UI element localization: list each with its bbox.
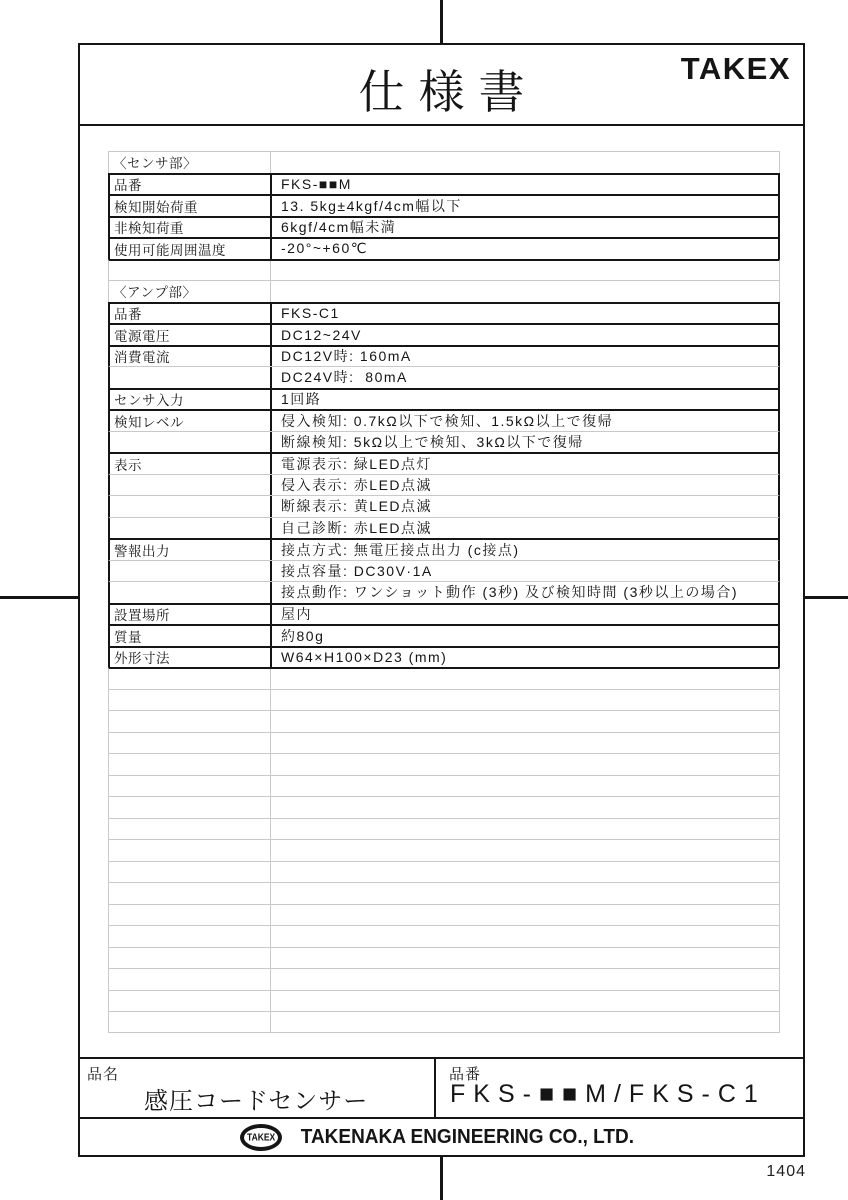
document-frame: 仕様書 TAKEX 〈センサ部〉品番FKS-■■M検知開始荷重13. 5kg±4… — [78, 43, 805, 1157]
empty-row — [108, 990, 780, 1012]
spec-label-cell: 警報出力 — [110, 540, 272, 560]
empty-row — [108, 1011, 780, 1033]
company-name: TAKENAKA ENGINEERING CO., LTD. — [301, 1126, 634, 1149]
document-header: 仕様書 TAKEX — [80, 45, 803, 126]
spec-value-cell: 自己診断: 赤LED点滅 — [272, 518, 778, 539]
spec-row: 検知開始荷重13. 5kg±4kgf/4cm幅以下 — [108, 194, 780, 216]
empty-row — [108, 667, 780, 689]
spec-row: 断線検知: 5kΩ以上で検知、3kΩ以下で復帰 — [108, 431, 780, 453]
spec-value-cell — [271, 669, 779, 689]
spec-label-cell: 〈アンプ部〉 — [109, 281, 271, 302]
spec-row: センサ入力1回路 — [108, 388, 780, 410]
spec-label-cell — [109, 926, 271, 947]
spec-label-cell — [109, 969, 271, 990]
spec-value-cell — [271, 862, 779, 883]
empty-row — [108, 947, 780, 969]
spec-value-cell: DC24V時: 80mA — [272, 367, 778, 388]
crop-mark-bottom — [440, 1156, 443, 1200]
spec-label-cell: 質量 — [110, 626, 272, 646]
spec-row: 自己診断: 赤LED点滅 — [108, 517, 780, 539]
spec-label-cell: 品番 — [110, 304, 272, 324]
empty-row — [108, 904, 780, 926]
spec-label-cell: 検知開始荷重 — [110, 196, 272, 216]
spec-label-cell — [110, 582, 272, 603]
spec-value-cell: DC12~24V — [272, 325, 778, 345]
spec-value-cell — [271, 261, 779, 281]
spec-label-cell: 消費電流 — [110, 347, 272, 367]
spec-label-cell: 設置場所 — [110, 605, 272, 625]
takex-circle-logo-icon: TAKEX — [240, 1124, 282, 1151]
spec-label-cell: 電源電圧 — [110, 325, 272, 345]
spec-table: 〈センサ部〉品番FKS-■■M検知開始荷重13. 5kg±4kgf/4cm幅以下… — [108, 151, 780, 1033]
spec-row: 外形寸法W64×H100×D23 (mm) — [108, 646, 780, 668]
spec-row: 使用可能周囲温度-20°~+60℃ — [108, 237, 780, 259]
spec-value-cell — [271, 969, 779, 990]
empty-row — [108, 882, 780, 904]
spec-row: DC24V時: 80mA — [108, 366, 780, 388]
spec-value-cell: 断線検知: 5kΩ以上で検知、3kΩ以下で復帰 — [272, 432, 778, 453]
part-number-value: FKS-■■M/FKS-C1 — [450, 1080, 766, 1109]
spec-label-cell — [109, 840, 271, 861]
spec-value-cell — [271, 152, 779, 173]
spec-row: 侵入表示: 赤LED点滅 — [108, 474, 780, 496]
empty-row — [108, 839, 780, 861]
spec-label-cell: 品番 — [110, 175, 272, 195]
spec-label-cell: 外形寸法 — [110, 648, 272, 668]
spec-value-cell: 接点動作: ワンショット動作 (3秒) 及び検知時間 (3秒以上の場合) — [272, 582, 778, 603]
spec-label-cell — [109, 690, 271, 711]
spec-value-cell: 侵入表示: 赤LED点滅 — [272, 475, 778, 496]
spec-label-cell: 〈センサ部〉 — [109, 152, 271, 173]
spec-row: 質量約80g — [108, 624, 780, 646]
spec-label-cell: 非検知荷重 — [110, 218, 272, 238]
spec-label-cell — [109, 819, 271, 840]
spec-row: 消費電流DC12V時: 160mA — [108, 345, 780, 367]
spec-value-cell: 接点方式: 無電圧接点出力 (c接点) — [272, 540, 778, 560]
spec-value-cell — [271, 797, 779, 818]
spec-row: 品番FKS-C1 — [108, 302, 780, 324]
spec-value-cell — [271, 819, 779, 840]
spec-value-cell: 接点容量: DC30V·1A — [272, 561, 778, 582]
crop-mark-left — [0, 596, 80, 599]
spec-value-cell: DC12V時: 160mA — [272, 347, 778, 367]
spec-label-cell: 使用可能周囲温度 — [110, 239, 272, 259]
spec-label-cell — [110, 496, 272, 517]
spec-label-cell — [109, 883, 271, 904]
title-block-top-row: 品名 感圧コードセンサー 品番 FKS-■■M/FKS-C1 — [80, 1059, 803, 1119]
spec-row: 検知レベル侵入検知: 0.7kΩ以下で検知、1.5kΩ以上で復帰 — [108, 409, 780, 431]
spec-value-cell: 屋内 — [272, 605, 778, 625]
spec-value-cell: 電源表示: 緑LED点灯 — [272, 454, 778, 474]
empty-row — [108, 818, 780, 840]
spec-label-cell — [110, 432, 272, 453]
spec-label-cell — [109, 733, 271, 754]
product-name-label: 品名 — [87, 1063, 119, 1084]
spec-label-cell — [109, 711, 271, 732]
spec-row: 警報出力接点方式: 無電圧接点出力 (c接点) — [108, 538, 780, 560]
product-name-cell: 品名 感圧コードセンサー — [80, 1059, 436, 1117]
spec-label-cell — [109, 754, 271, 775]
empty-row — [108, 732, 780, 754]
spec-value-cell — [271, 840, 779, 861]
empty-row — [108, 796, 780, 818]
empty-row — [108, 861, 780, 883]
spec-value-cell — [271, 926, 779, 947]
takex-logo: TAKEX — [681, 51, 791, 87]
spec-label-cell — [110, 561, 272, 582]
spec-label-cell — [109, 261, 271, 281]
spec-value-cell — [271, 991, 779, 1012]
crop-mark-right — [803, 596, 848, 599]
spec-label-cell — [109, 991, 271, 1012]
spec-value-cell: FKS-■■M — [272, 175, 778, 195]
section-row: 〈センサ部〉 — [108, 151, 780, 173]
part-number-cell: 品番 FKS-■■M/FKS-C1 — [436, 1059, 803, 1117]
spec-value-cell — [271, 776, 779, 797]
section-row: 〈アンプ部〉 — [108, 280, 780, 302]
spec-label-cell — [109, 776, 271, 797]
empty-row — [108, 689, 780, 711]
page-number: 1404 — [730, 1163, 806, 1181]
spec-row: 表示電源表示: 緑LED点灯 — [108, 452, 780, 474]
spec-row: 電源電圧DC12~24V — [108, 323, 780, 345]
spec-value-cell — [271, 948, 779, 969]
spec-row: 非検知荷重6kgf/4cm幅未満 — [108, 216, 780, 238]
spec-label-cell — [109, 797, 271, 818]
title-block: 品名 感圧コードセンサー 品番 FKS-■■M/FKS-C1 TAKEX TAK… — [80, 1057, 803, 1155]
spec-row: 接点容量: DC30V·1A — [108, 560, 780, 582]
spec-label-cell: センサ入力 — [110, 390, 272, 410]
spec-value-cell: 1回路 — [272, 390, 778, 410]
spec-value-cell — [271, 1012, 779, 1032]
empty-row — [108, 775, 780, 797]
product-name-value: 感圧コードセンサー — [144, 1081, 368, 1116]
spec-value-cell — [271, 733, 779, 754]
spec-label-cell — [110, 367, 272, 388]
spec-value-cell: 約80g — [272, 626, 778, 646]
spacer-row — [108, 259, 780, 281]
empty-row — [108, 710, 780, 732]
spec-value-cell — [271, 754, 779, 775]
spec-value-cell: W64×H100×D23 (mm) — [272, 648, 778, 668]
spec-value-cell — [271, 905, 779, 926]
spec-value-cell: FKS-C1 — [272, 304, 778, 324]
spec-value-cell — [271, 711, 779, 732]
spec-label-cell: 検知レベル — [110, 411, 272, 431]
spec-label-cell — [110, 475, 272, 496]
spec-label-cell — [109, 669, 271, 689]
spec-value-cell: -20°~+60℃ — [272, 239, 778, 259]
spec-value-cell: 13. 5kg±4kgf/4cm幅以下 — [272, 196, 778, 216]
spec-value-cell: 6kgf/4cm幅未満 — [272, 218, 778, 238]
spec-row: 品番FKS-■■M — [108, 173, 780, 195]
spec-row: 断線表示: 黄LED点滅 — [108, 495, 780, 517]
empty-row — [108, 753, 780, 775]
empty-row — [108, 968, 780, 990]
spec-label-cell — [110, 518, 272, 539]
spec-value-cell — [271, 690, 779, 711]
spec-label-cell — [109, 948, 271, 969]
spec-label-cell — [109, 1012, 271, 1032]
crop-mark-top — [440, 0, 443, 45]
spec-row: 接点動作: ワンショット動作 (3秒) 及び検知時間 (3秒以上の場合) — [108, 581, 780, 603]
spec-value-cell: 断線表示: 黄LED点滅 — [272, 496, 778, 517]
spec-value-cell — [271, 883, 779, 904]
company-row: TAKEX TAKENAKA ENGINEERING CO., LTD. — [80, 1119, 803, 1155]
takex-circle-logo-text: TAKEX — [247, 1131, 275, 1143]
spec-value-cell: 侵入検知: 0.7kΩ以下で検知、1.5kΩ以上で復帰 — [272, 411, 778, 431]
empty-row — [108, 925, 780, 947]
spec-label-cell — [109, 862, 271, 883]
spec-label-cell: 表示 — [110, 454, 272, 474]
spec-row: 設置場所屋内 — [108, 603, 780, 625]
spec-value-cell — [271, 281, 779, 302]
spec-label-cell — [109, 905, 271, 926]
page: { "header": { "title": "仕様書", "brand": "… — [0, 0, 848, 1200]
